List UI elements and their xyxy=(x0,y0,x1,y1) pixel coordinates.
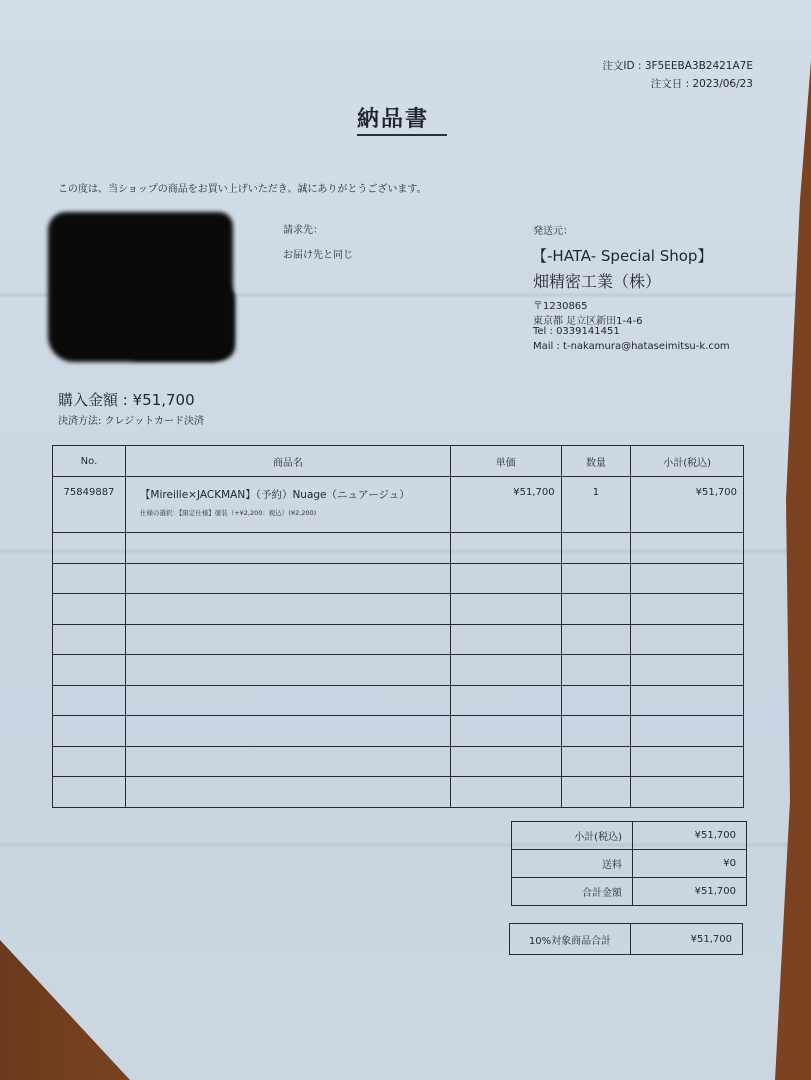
greeting-text: この度は、当ショップの商品をお買い上げいただき、誠にありがとうございます。 xyxy=(58,180,427,195)
empty-cell xyxy=(561,746,631,777)
table-row: 75849887 【Mireille×JACKMAN】（予約）Nuage（ニュア… xyxy=(53,477,744,533)
tax-row: 10%対象商品合計 ¥51,700 xyxy=(510,924,743,955)
empty-cell xyxy=(53,685,126,716)
company-name: 畑精密工業（株） xyxy=(533,269,661,292)
delivery-note-paper: 注文ID : 3F5EEBA3B2421A7E 注文日 : 2023/06/23… xyxy=(0,0,811,1080)
sender-label: 発送元： xyxy=(533,222,573,237)
empty-cell xyxy=(53,594,126,625)
empty-cell xyxy=(450,533,561,564)
empty-cell xyxy=(125,533,450,564)
subtotal-label: 小計(税込) xyxy=(512,822,633,850)
order-date: 注文日 : 2023/06/23 xyxy=(651,76,753,91)
totals-table: 小計(税込) ¥51,700 送料 ¥0 合計金額 ¥51,700 xyxy=(511,821,747,906)
table-row-empty xyxy=(53,655,744,686)
empty-cell xyxy=(53,777,126,808)
shop-name: 【-HATA- Special Shop】 xyxy=(532,245,712,266)
empty-cell xyxy=(631,624,744,655)
table-row-empty xyxy=(53,777,744,808)
empty-cell xyxy=(561,594,631,625)
col-header-subtotal: 小計(税込) xyxy=(631,446,744,477)
empty-cell xyxy=(631,685,744,716)
empty-cell xyxy=(561,655,631,686)
empty-cell xyxy=(561,624,631,655)
tax10-label: 10%対象商品合計 xyxy=(510,924,631,955)
empty-cell xyxy=(125,624,450,655)
col-header-no: No. xyxy=(53,446,126,477)
total-value: ¥51,700 xyxy=(633,878,747,906)
empty-cell xyxy=(631,716,744,747)
empty-cell xyxy=(53,624,126,655)
empty-cell xyxy=(631,655,744,686)
empty-cell xyxy=(450,685,561,716)
empty-cell xyxy=(631,746,744,777)
empty-cell xyxy=(53,563,126,594)
item-name-cell: 【Mireille×JACKMAN】（予約）Nuage（ニュアージュ） 仕様の選… xyxy=(125,477,450,533)
table-row-empty xyxy=(53,624,744,655)
empty-cell xyxy=(561,716,631,747)
empty-cell xyxy=(450,563,561,594)
empty-cell xyxy=(450,746,561,777)
empty-cell xyxy=(53,533,126,564)
subtotal-value: ¥51,700 xyxy=(633,822,747,850)
empty-cell xyxy=(631,777,744,808)
empty-cell xyxy=(125,563,450,594)
total-label: 合計金額 xyxy=(512,878,633,906)
empty-cell xyxy=(450,655,561,686)
totals-row-total: 合計金額 ¥51,700 xyxy=(512,878,747,906)
billing-value: お届け先と同じ xyxy=(283,246,353,261)
empty-cell xyxy=(125,716,450,747)
item-subtotal: ¥51,700 xyxy=(631,477,744,533)
document-title: 納品書 xyxy=(357,102,429,133)
empty-cell xyxy=(631,594,744,625)
empty-cell xyxy=(450,624,561,655)
empty-cell xyxy=(561,533,631,564)
empty-cell xyxy=(53,746,126,777)
table-row-empty xyxy=(53,594,744,625)
table-row-empty xyxy=(53,685,744,716)
shipping-label: 送料 xyxy=(512,850,633,878)
empty-cell xyxy=(561,685,631,716)
table-row-empty xyxy=(53,716,744,747)
table-row-empty xyxy=(53,746,744,777)
empty-cell xyxy=(631,533,744,564)
empty-cell xyxy=(450,594,561,625)
postal-code: 〒1230865 xyxy=(533,297,588,312)
item-no: 75849887 xyxy=(53,477,126,533)
totals-row-subtotal: 小計(税込) ¥51,700 xyxy=(512,822,747,850)
redacted-recipient-address xyxy=(130,285,235,360)
payment-method: 決済方法: クレジットカード決済 xyxy=(58,412,204,427)
table-row-empty xyxy=(53,533,744,564)
col-header-product: 商品名 xyxy=(125,446,450,477)
tax10-value: ¥51,700 xyxy=(631,924,743,955)
col-header-quantity: 数量 xyxy=(561,446,631,477)
empty-cell xyxy=(450,777,561,808)
order-id: 注文ID : 3F5EEBA3B2421A7E xyxy=(602,58,753,73)
items-table-header: No. 商品名 単価 数量 小計(税込) xyxy=(53,446,744,477)
item-unit-price: ¥51,700 xyxy=(450,477,561,533)
tax-table: 10%対象商品合計 ¥51,700 xyxy=(509,923,743,955)
empty-cell xyxy=(125,746,450,777)
empty-cell xyxy=(450,716,561,747)
empty-cell xyxy=(561,563,631,594)
empty-cell xyxy=(631,563,744,594)
table-row-empty xyxy=(53,563,744,594)
item-name: 【Mireille×JACKMAN】（予約）Nuage（ニュアージュ） xyxy=(140,487,444,502)
empty-cell xyxy=(125,777,450,808)
shipping-value: ¥0 xyxy=(633,850,747,878)
empty-cell xyxy=(125,685,450,716)
billing-label: 請求先： xyxy=(283,221,323,236)
item-quantity: 1 xyxy=(561,477,631,533)
sender-tel: Tel : 0339141451 xyxy=(533,326,620,337)
purchase-amount: 購入金額 : ¥51,700 xyxy=(58,389,195,410)
col-header-unit-price: 単価 xyxy=(450,446,561,477)
item-spec: 仕様の選択：【限定仕様】塗装（+¥2,200：税込）(¥2,200) xyxy=(140,508,444,517)
items-table: No. 商品名 単価 数量 小計(税込) 75849887 【Mireille×… xyxy=(52,445,744,808)
sender-address: 東京都 足立区新田1-4-6 xyxy=(533,312,642,327)
empty-cell xyxy=(125,594,450,625)
empty-cell xyxy=(125,655,450,686)
empty-cell xyxy=(53,655,126,686)
totals-row-shipping: 送料 ¥0 xyxy=(512,850,747,878)
sender-mail: Mail : t-nakamura@hataseimitsu-k.com xyxy=(533,341,730,352)
empty-cell xyxy=(561,777,631,808)
title-underline xyxy=(357,134,447,136)
empty-cell xyxy=(53,716,126,747)
